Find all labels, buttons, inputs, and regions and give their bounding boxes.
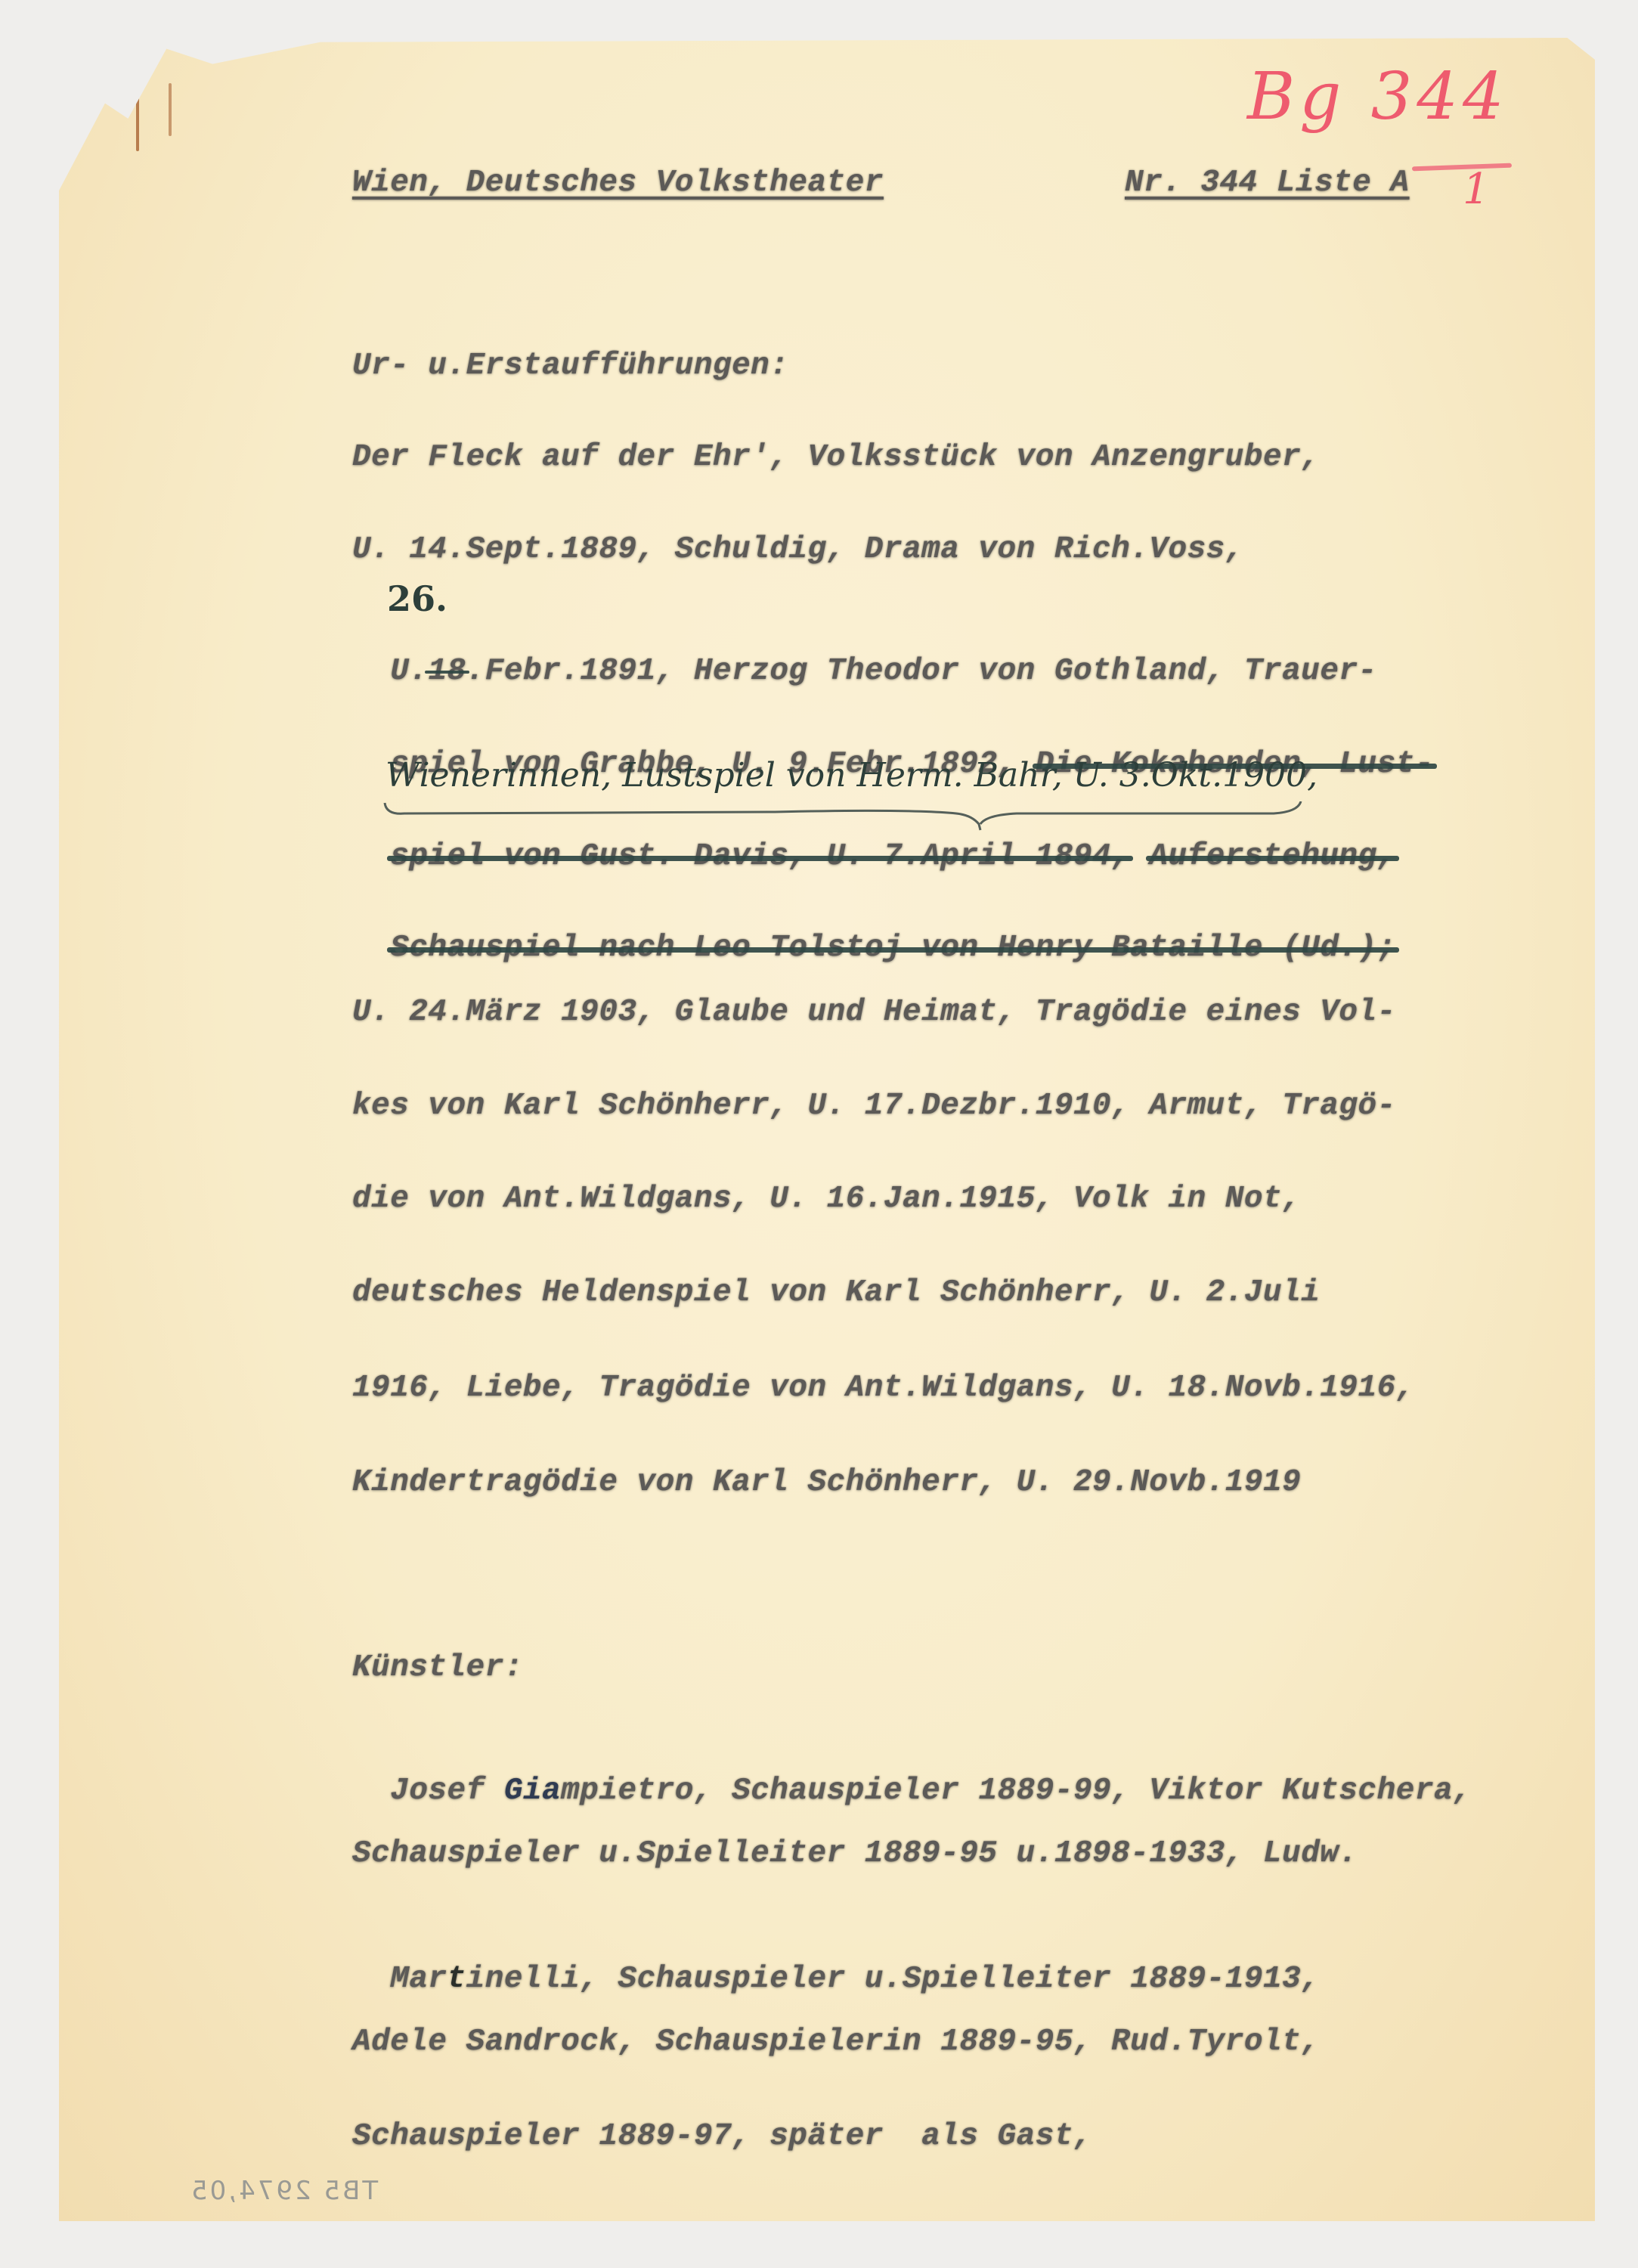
header-location: Wien, Deutsches Volkstheater xyxy=(352,168,884,199)
text-line: Der Fleck auf der Ehr', Volksstück von A… xyxy=(352,442,1320,473)
rust-stain xyxy=(136,45,139,151)
paper-sheet xyxy=(59,38,1595,2221)
header-number: Nr. 344 Liste A xyxy=(1125,168,1410,199)
text-line: U. 24.März 1903, Glaube und Heimat, Trag… xyxy=(352,997,1396,1028)
red-fraction-denominator: 1 xyxy=(1463,165,1490,214)
text-line: Schauspieler 1889-97, später als Gast, xyxy=(352,2121,1092,2152)
text-line: kes von Karl Schönherr, U. 17.Dezbr.1910… xyxy=(352,1091,1396,1122)
ink-correction: Gia xyxy=(504,1774,561,1808)
struck-text: Schauspiel nach Leo Tolstoj von Henry Ba… xyxy=(390,931,1396,965)
text-line: Martinelli, Schauspieler u.Spielleiter 1… xyxy=(352,1933,1320,1995)
handwritten-date-correction: 26. xyxy=(387,578,447,619)
text-line: Schauspiel nach Leo Tolstoj von Henry Ba… xyxy=(352,902,1396,964)
pencil-note-mirrored: TB5 2974,05 xyxy=(189,2176,378,2206)
text-segment: .Febr.1891, Herzog Theodor von Gothland,… xyxy=(466,654,1377,689)
text-line: U.18.Febr.1891, Herzog Theodor von Gothl… xyxy=(352,625,1377,687)
text-line: Adele Sandrock, Schauspielerin 1889-95, … xyxy=(352,2027,1320,2058)
text-line: Schauspieler u.Spielleiter 1889-95 u.189… xyxy=(352,1839,1358,1870)
section-heading-premieres: Ur- u.Erstaufführungen: xyxy=(352,351,788,382)
text-line: Kindertragödie von Karl Schönherr, U. 29… xyxy=(352,1467,1301,1498)
red-catalogue-mark: Bg 344 xyxy=(1247,59,1509,135)
ink-correction: t xyxy=(447,1962,466,1997)
text-line: 1916, Liebe, Tragödie von Ant.Wildgans, … xyxy=(352,1373,1415,1404)
text-line: spiel von Gust. Davis, U. 7.April 1894, … xyxy=(352,810,1396,872)
section-heading-artists: Künstler: xyxy=(352,1653,523,1684)
rust-stain xyxy=(169,83,172,136)
struck-text: 18 xyxy=(428,654,466,689)
text-line: die von Ant.Wildgans, U. 16.Jan.1915, Vo… xyxy=(352,1184,1301,1215)
text-line: Josef Giampietro, Schauspieler 1889-99, … xyxy=(352,1745,1472,1807)
struck-text: spiel von Gust. Davis, U. 7.April 1894, xyxy=(390,839,1130,874)
text-segment: U. xyxy=(390,654,428,689)
text-line: deutsches Heldenspiel von Karl Schönherr… xyxy=(352,1278,1320,1309)
handwritten-insertion: Wienerinnen, Lustspiel von Herm. Bahr, U… xyxy=(386,756,1318,795)
struck-text: Auferstehung, xyxy=(1149,839,1395,874)
text-line: U. 14.Sept.1889, Schuldig, Drama von Ric… xyxy=(352,534,1244,565)
